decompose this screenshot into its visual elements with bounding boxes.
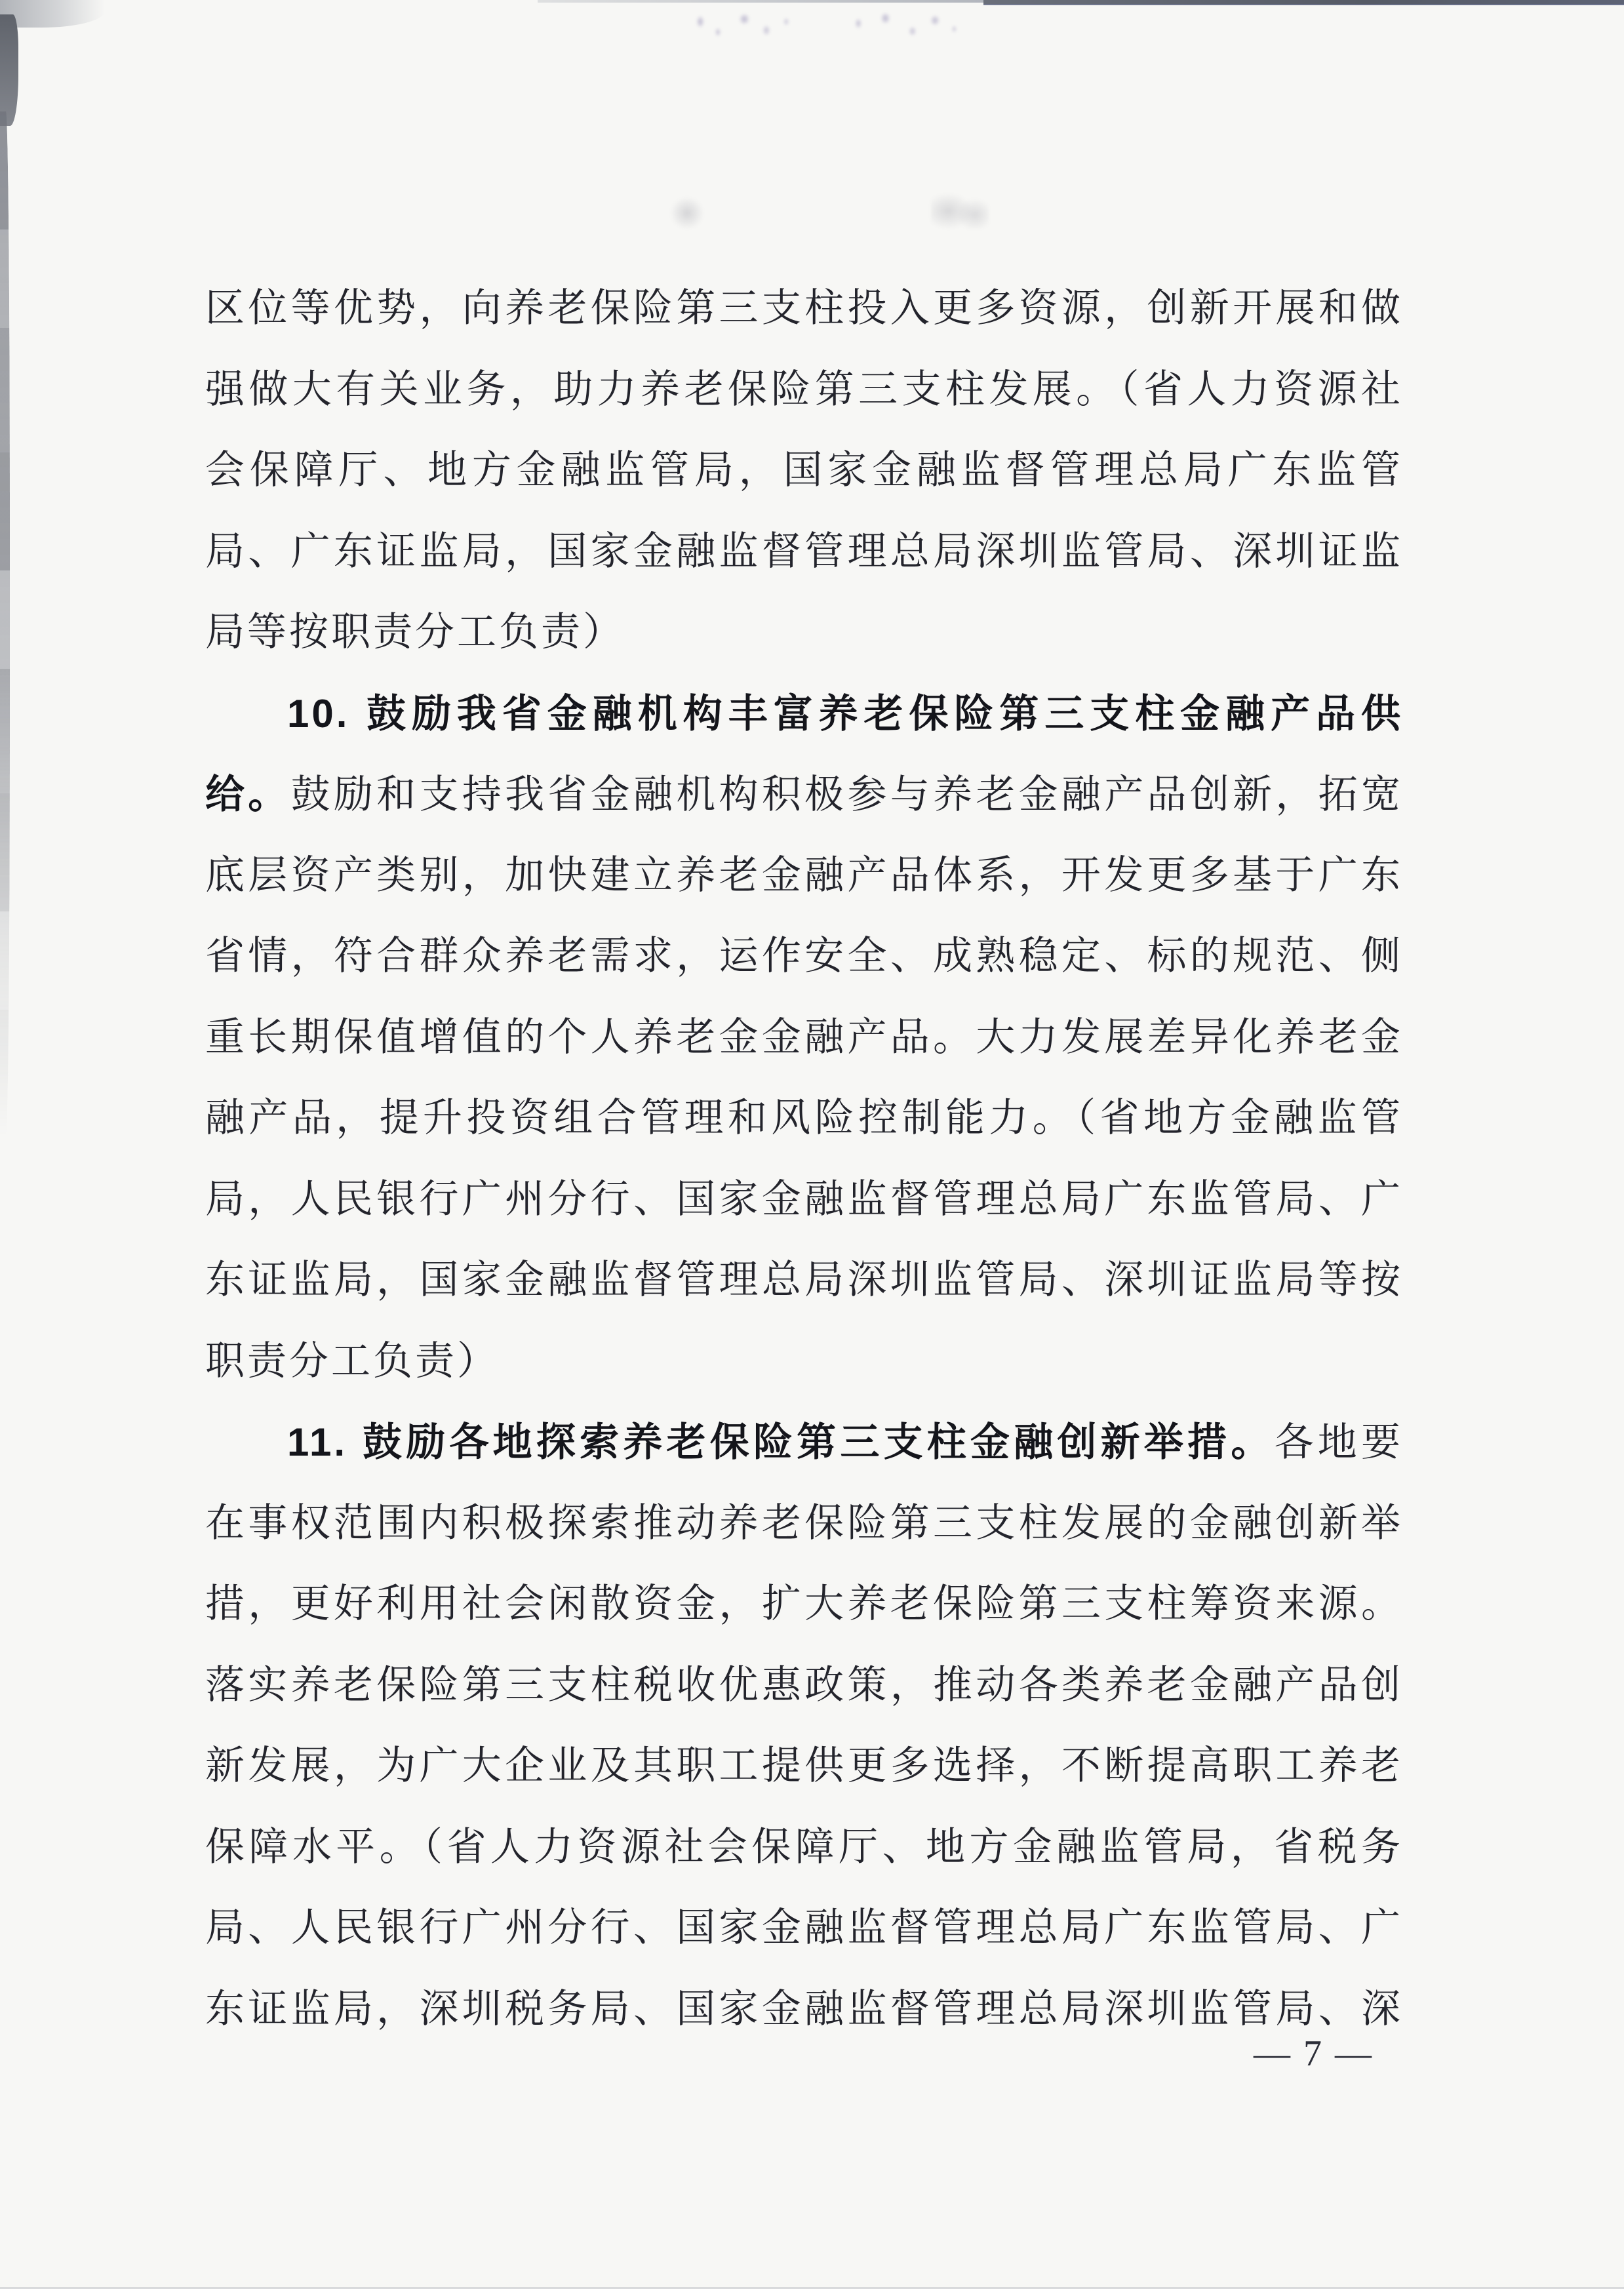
text-line: 保障水平。（省人力资源社会保障厅、地方金融监管局，省税务 [205, 1807, 1403, 1888]
text-segment: 东证监局，国家金融监督管理总局深圳监管局、深圳证监局等按 [205, 1258, 1403, 1302]
text-line: 在事权范围内积极探索推动养老保险第三支柱发展的金融创新举 [205, 1483, 1403, 1564]
text-line: 职责分工负责） [205, 1321, 1403, 1403]
bleedthrough-mark [687, 5, 797, 49]
bold-text-segment: 11. 鼓励各地探索养老保险第三支柱金融创新举措。 [287, 1420, 1275, 1464]
text-segment: 局等按职责分工负责） [205, 610, 625, 654]
text-segment: 区位等优势，向养老保险第三支柱投入更多资源，创新开展和做 [205, 287, 1403, 330]
text-line: 措，更好利用社会闲散资金，扩大养老保险第三支柱筹资来源。 [205, 1564, 1403, 1645]
bleedthrough-mark [670, 197, 704, 229]
scan-left-edge-mark [0, 14, 18, 126]
text-line: 强做大有关业务，助力养老保险第三支柱发展。（省人力资源社 [205, 349, 1403, 431]
scan-top-edge-light [538, 0, 990, 3]
text-segment: 融产品，提升投资组合管理和风险控制能力。（省地方金融监管 [205, 1096, 1403, 1140]
text-segment: 鼓励和支持我省金融机构积极参与养老金融产品创新，拓宽 [291, 773, 1403, 816]
text-line: 局、人民银行广州分行、国家金融监督管理总局广东监管局、广 [205, 1888, 1403, 1969]
text-line: 区位等优势，向养老保险第三支柱投入更多资源，创新开展和做 [205, 268, 1403, 349]
text-segment: 底层资产类别，加快建立养老金融产品体系，开发更多基于广东 [205, 854, 1403, 897]
text-segment: 局、广东证监局，国家金融监督管理总局深圳监管局、深圳证监 [205, 530, 1403, 573]
text-line: 新发展，为广大企业及其职工提供更多选择，不断提高职工养老 [205, 1726, 1403, 1807]
text-segment: 局、人民银行广州分行、国家金融监督管理总局广东监管局、广 [205, 1906, 1403, 1949]
text-segment: 在事权范围内积极探索推动养老保险第三支柱发展的金融创新举 [205, 1502, 1403, 1545]
text-segment: 保障水平。（省人力资源社会保障厅、地方金融监管局，省税务 [205, 1825, 1403, 1869]
document-page: 区位等优势，向养老保险第三支柱投入更多资源，创新开展和做强做大有关业务，助力养老… [0, 0, 1624, 2289]
bleedthrough-mark [931, 194, 989, 229]
document-body: 区位等优势，向养老保险第三支柱投入更多资源，创新开展和做强做大有关业务，助力养老… [205, 268, 1403, 2050]
text-segment: 强做大有关业务，助力养老保险第三支柱发展。（省人力资源社 [205, 368, 1403, 411]
text-line: 10. 鼓励我省金融机构丰富养老保险第三支柱金融产品供 [205, 673, 1403, 755]
text-segment: 重长期保值增值的个人养老金金融产品。大力发展差异化养老金 [205, 1016, 1403, 1059]
text-segment: 落实养老保险第三支柱税收优惠政策，推动各类养老金融产品创 [205, 1663, 1403, 1707]
bleedthrough-mark [847, 5, 960, 49]
text-line: 省情，符合群众养老需求，运作安全、成熟稳定、标的规范、侧 [205, 916, 1403, 997]
text-line: 东证监局，深圳税务局、国家金融监督管理总局深圳监管局、深 [205, 1969, 1403, 2050]
text-line: 会保障厅、地方金融监管局，国家金融监督管理总局广东监管 [205, 430, 1403, 511]
text-line: 东证监局，国家金融监督管理总局深圳监管局、深圳证监局等按 [205, 1240, 1403, 1321]
text-segment: 会保障厅、地方金融监管局，国家金融监督管理总局广东监管 [205, 448, 1403, 492]
text-segment: 新发展，为广大企业及其职工提供更多选择，不断提高职工养老 [205, 1744, 1403, 1787]
bold-text-segment: 10. 鼓励我省金融机构丰富养老保险第三支柱金融产品供 [287, 692, 1403, 736]
text-line: 给。鼓励和支持我省金融机构积极参与养老金融产品创新，拓宽 [205, 754, 1403, 835]
bold-text-segment: 给。 [205, 772, 291, 816]
text-segment: 职责分工负责） [205, 1340, 499, 1383]
text-line: 底层资产类别，加快建立养老金融产品体系，开发更多基于广东 [205, 835, 1403, 917]
text-line: 融产品，提升投资组合管理和风险控制能力。（省地方金融监管 [205, 1078, 1403, 1159]
text-line: 11. 鼓励各地探索养老保险第三支柱金融创新举措。各地要 [205, 1402, 1403, 1483]
scan-top-edge-dark [983, 0, 1624, 5]
text-line: 局、广东证监局，国家金融监督管理总局深圳监管局、深圳证监 [205, 511, 1403, 593]
page-number: — 7 — [1254, 2033, 1374, 2075]
text-segment: 局，人民银行广州分行、国家金融监督管理总局广东监管局、广 [205, 1178, 1403, 1221]
scan-left-edge-streak [0, 111, 10, 1134]
text-line: 局等按职责分工负责） [205, 592, 1403, 673]
text-segment: 措，更好利用社会闲散资金，扩大养老保险第三支柱筹资来源。 [205, 1582, 1403, 1625]
text-line: 局，人民银行广州分行、国家金融监督管理总局广东监管局、广 [205, 1159, 1403, 1241]
text-segment: 省情，符合群众养老需求，运作安全、成熟稳定、标的规范、侧 [205, 934, 1403, 978]
text-segment: 东证监局，深圳税务局、国家金融监督管理总局深圳监管局、深 [205, 1987, 1403, 2031]
text-line: 重长期保值增值的个人养老金金融产品。大力发展差异化养老金 [205, 997, 1403, 1079]
text-segment: 各地要 [1275, 1421, 1403, 1464]
text-line: 落实养老保险第三支柱税收优惠政策，推动各类养老金融产品创 [205, 1645, 1403, 1726]
